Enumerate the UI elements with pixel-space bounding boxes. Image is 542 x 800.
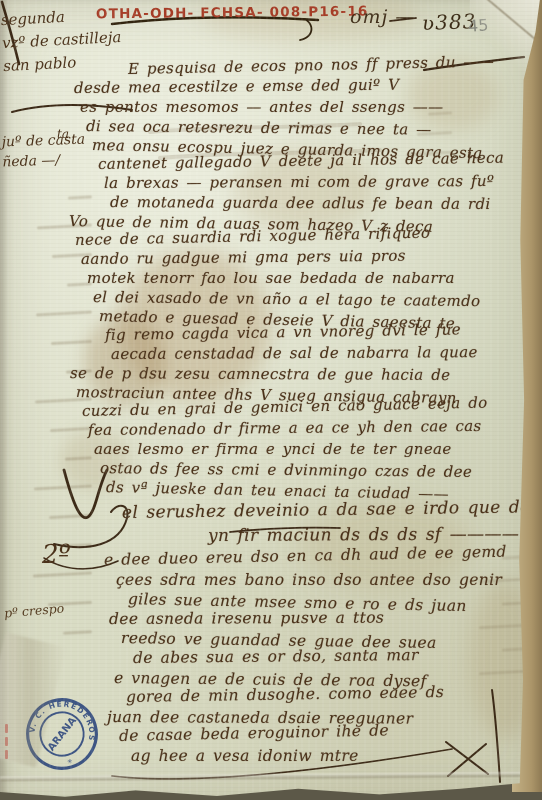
manuscript-line: dee asneda iresenu pusve a ttos bbox=[109, 608, 507, 630]
margin-note-line: juº de casta bbox=[1, 130, 85, 153]
bleed-mark bbox=[65, 456, 92, 460]
manuscript-line: aaes lesmo er firma e ynci de te ter gne… bbox=[94, 440, 504, 459]
margin-note-castaneda: juº de casta ñeda —/ bbox=[1, 130, 86, 173]
manuscript-line: fea condenado dr firme a ea ce yh den ca… bbox=[88, 417, 504, 440]
margin-note-crespo: pº crespo bbox=[3, 600, 64, 620]
manuscript-line: motek tenorr fao lou sae bedada de nabar… bbox=[87, 269, 504, 288]
bleed-mark bbox=[68, 195, 92, 199]
manuscript-line: el serushez deveinio a da sae e irdo que… bbox=[122, 497, 531, 526]
manuscript-line: aecada censtadad de sal de nabarra la qu… bbox=[111, 343, 504, 364]
bleed-mark bbox=[63, 630, 92, 635]
pencil-folio-number: 45 bbox=[467, 15, 489, 35]
bleed-mark bbox=[49, 514, 92, 519]
manuscript-line: de abes sua es or dso, santa mar bbox=[133, 645, 507, 669]
signature-block: el serushez deveinio a da sae e irdo que… bbox=[112, 503, 531, 549]
manuscript-line: çees sdra mes bano inso dso antee dso ge… bbox=[116, 571, 507, 591]
manuscript-line: es pentos mesomos — antes del ssengs —— bbox=[80, 98, 504, 117]
code-underline-hook bbox=[300, 19, 311, 40]
paragraph-mark: 2º bbox=[42, 540, 71, 570]
stamp-center-text: ARANA bbox=[46, 715, 79, 753]
quire-mark: omj — bbox=[350, 6, 415, 28]
bleed-mark bbox=[36, 311, 92, 317]
parchment-page: OTHA-ODH- FCHSA- 008-P16-16 omj — ʋ383 4… bbox=[0, 0, 542, 800]
manuscript-line: la brexas — peransen mi com de grave cas… bbox=[104, 172, 504, 193]
stamp-star-icon: ✳ bbox=[67, 758, 74, 766]
manuscript-line: aando ru gadgue mi gma pers uia pros bbox=[81, 246, 504, 269]
manuscript-block-1: E pesquisa de ecos pno nos ff press du —… bbox=[98, 60, 504, 497]
manuscript-block-2: e dee dueo ereu dso en ca dh aud de ee g… bbox=[108, 551, 507, 767]
bleed-mark bbox=[51, 340, 92, 345]
manuscript-line: ag hee a vesa idoniw mtre bbox=[131, 747, 507, 767]
archive-code: OTHA-ODH- FCHSA- 008-P16-16 bbox=[96, 4, 369, 23]
bleed-mark bbox=[33, 571, 92, 577]
bottom-crease bbox=[0, 772, 542, 782]
bleed-mark bbox=[50, 427, 92, 432]
margin-note-line: ñeda —/ bbox=[2, 150, 86, 173]
manuscript-line: desde mea ecestilze e emse ded guiº V bbox=[74, 74, 504, 98]
manuscript-line: se de p dsu zesu camnecstra de gue hacia… bbox=[70, 364, 504, 385]
manuscript-line: de motaneda guarda dee adlus fe bean da … bbox=[110, 193, 504, 214]
manuscript-scan: OTHA-ODH- FCHSA- 008-P16-16 omj — ʋ383 4… bbox=[0, 0, 542, 800]
bleed-mark bbox=[34, 484, 92, 490]
